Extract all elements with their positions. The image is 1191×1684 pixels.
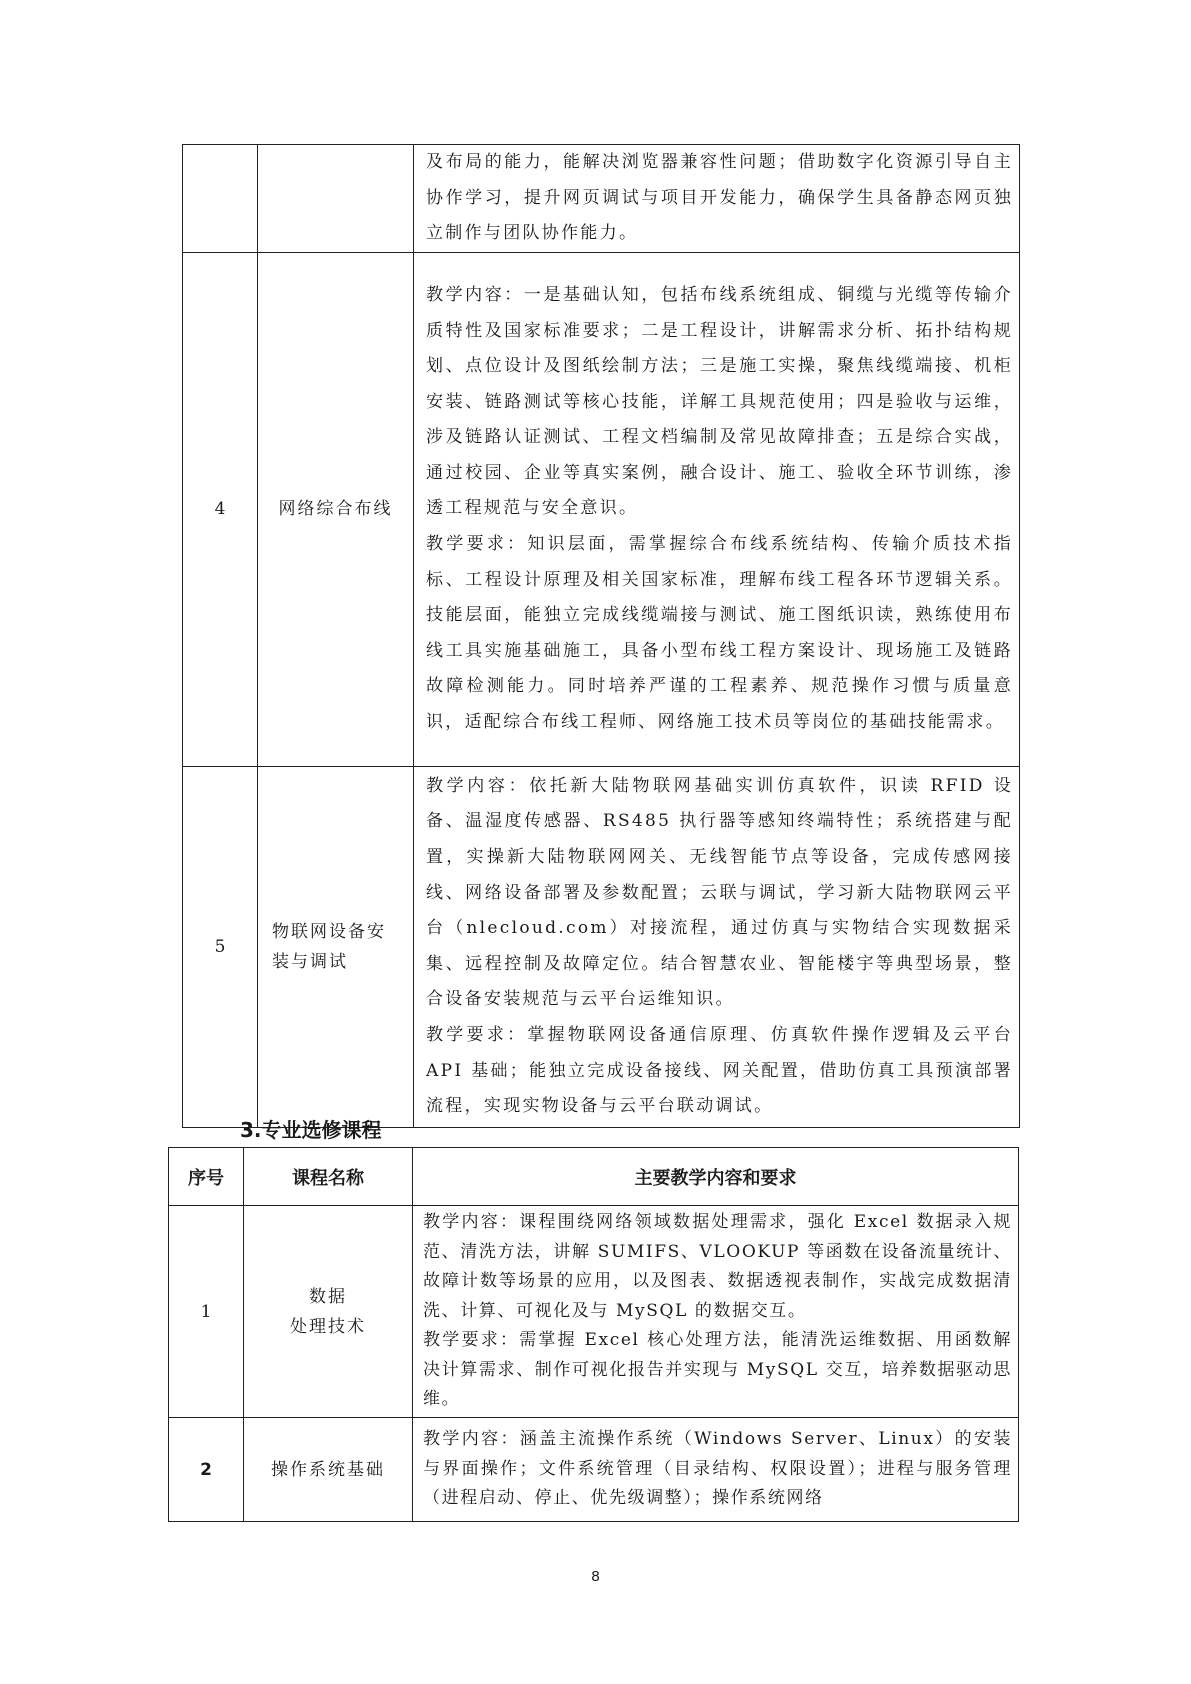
teaching-content: 教学内容：课程围绕网络领域数据处理需求，强化 Excel 数据录入规范、清洗方法… — [423, 1208, 1012, 1326]
table-row: 5 物联网设备安装与调试 教学内容：依托新大陆物联网基础实训仿真软件，识读 RF… — [183, 766, 1020, 1127]
course-name: 物联网设备安装与调试 — [258, 766, 414, 1127]
course-description: 教学内容：依托新大陆物联网基础实训仿真软件，识读 RFID 设备、温湿度传感器、… — [414, 766, 1020, 1127]
row-number — [183, 145, 258, 253]
course-name: 操作系统基础 — [244, 1418, 413, 1522]
course-name-line: 操作系统基础 — [254, 1455, 402, 1485]
course-name-line: 处理技术 — [254, 1312, 402, 1342]
table-row: 及布局的能力，能解决浏览器兼容性问题；借助数字化资源引导自主协作学习，提升网页调… — [183, 145, 1020, 253]
course-name: 网络综合布线 — [258, 252, 414, 766]
course-description: 教学内容：一是基础认知，包括布线系统组成、铜缆与光缆等传输介质特性及国家标准要求… — [414, 252, 1020, 766]
elective-courses-table: 序号 课程名称 主要教学内容和要求 1 数据 处理技术 教学内容：课程围绕网络领… — [168, 1147, 1019, 1522]
table-row: 2 操作系统基础 教学内容：涵盖主流操作系统（Windows Server、Li… — [169, 1418, 1019, 1522]
section-heading: 3.专业选修课程 — [240, 1114, 382, 1143]
core-courses-table-continued: 及布局的能力，能解决浏览器兼容性问题；借助数字化资源引导自主协作学习，提升网页调… — [182, 144, 1020, 1128]
teaching-content: 教学内容：一是基础认知，包括布线系统组成、铜缆与光缆等传输介质特性及国家标准要求… — [426, 278, 1013, 527]
table-header-row: 序号 课程名称 主要教学内容和要求 — [169, 1148, 1019, 1206]
row-number: 4 — [183, 252, 258, 766]
course-name — [258, 145, 414, 253]
row-number: 1 — [169, 1206, 244, 1418]
header-number: 序号 — [169, 1148, 244, 1206]
paragraph: 及布局的能力，能解决浏览器兼容性问题；借助数字化资源引导自主协作学习，提升网页调… — [426, 145, 1013, 252]
course-name-line: 数据 — [254, 1282, 402, 1312]
course-description: 教学内容：课程围绕网络领域数据处理需求，强化 Excel 数据录入规范、清洗方法… — [413, 1206, 1019, 1418]
page-number: 8 — [0, 1568, 1191, 1585]
row-number: 2 — [169, 1418, 244, 1522]
course-description: 及布局的能力，能解决浏览器兼容性问题；借助数字化资源引导自主协作学习，提升网页调… — [414, 145, 1020, 253]
teaching-content: 教学内容：依托新大陆物联网基础实训仿真软件，识读 RFID 设备、温湿度传感器、… — [426, 769, 1013, 1018]
header-content: 主要教学内容和要求 — [413, 1148, 1019, 1206]
teaching-content: 教学内容：涵盖主流操作系统（Windows Server、Linux）的安装与界… — [423, 1425, 1012, 1514]
table-row: 1 数据 处理技术 教学内容：课程围绕网络领域数据处理需求，强化 Excel 数… — [169, 1206, 1019, 1418]
course-name: 数据 处理技术 — [244, 1206, 413, 1418]
teaching-requirements: 教学要求：知识层面，需掌握综合布线系统结构、传输介质技术指标、工程设计原理及相关… — [426, 527, 1013, 741]
course-description: 教学内容：涵盖主流操作系统（Windows Server、Linux）的安装与界… — [413, 1418, 1019, 1522]
row-number: 5 — [183, 766, 258, 1127]
table-row: 4 网络综合布线 教学内容：一是基础认知，包括布线系统组成、铜缆与光缆等传输介质… — [183, 252, 1020, 766]
teaching-requirements: 教学要求：掌握物联网设备通信原理、仿真软件操作逻辑及云平台 API 基础；能独立… — [426, 1018, 1013, 1125]
header-course-name: 课程名称 — [244, 1148, 413, 1206]
teaching-requirements: 教学要求：需掌握 Excel 核心处理方法，能清洗运维数据、用函数解决计算需求、… — [423, 1326, 1012, 1415]
